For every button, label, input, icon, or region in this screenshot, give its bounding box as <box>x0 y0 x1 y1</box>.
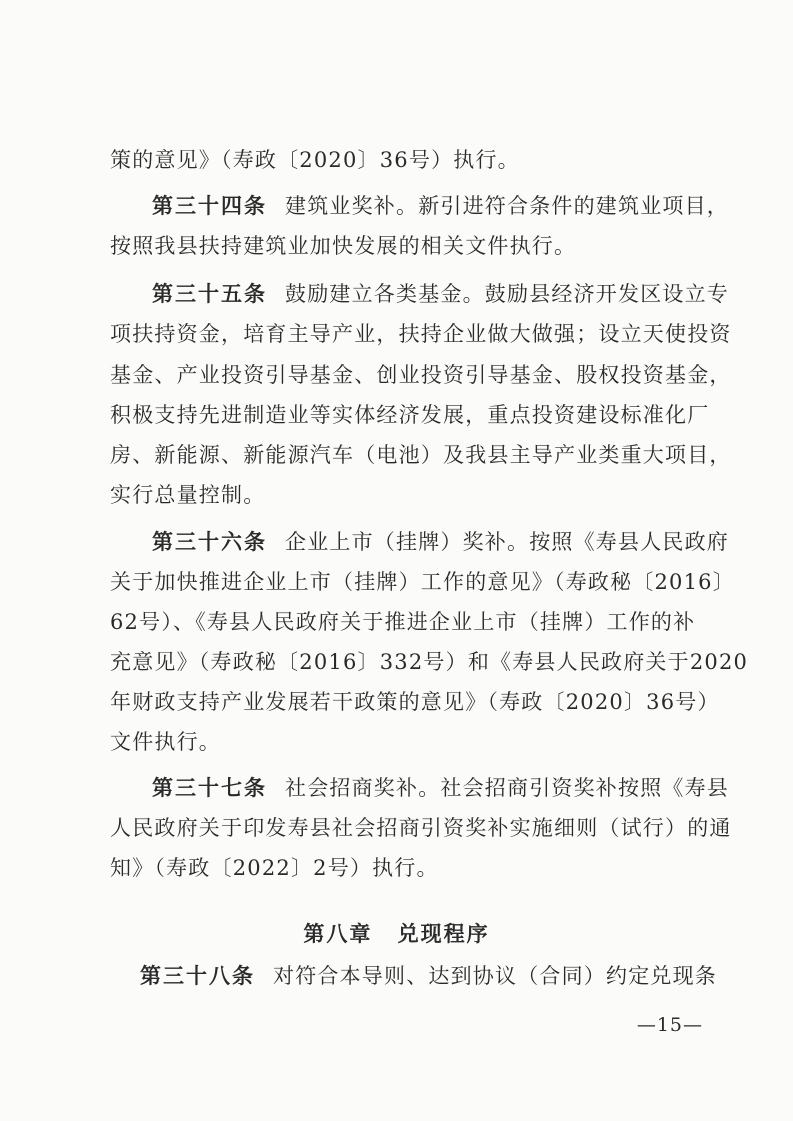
article-text: 对符合本导则、达到协议（合同）约定兑现条 <box>273 964 717 988</box>
article-text: 企业上市（挂牌）奖补。按照《寿县人民政府 <box>285 530 729 554</box>
article-36-line-4: 充意见》（寿政秘〔2016〕332号）和《寿县人民政府关于2020 <box>110 648 690 676</box>
article-36-line-5: 年财政支持产业发展若干政策的意见》（寿政〔2020〕36号） <box>110 688 690 716</box>
article-36-line-6: 文件执行。 <box>110 728 690 756</box>
article-label: 第三十四条 <box>152 194 267 218</box>
chapter-heading: 第八章 兑现程序 <box>0 920 793 948</box>
article-text: 社会招商奖补。社会招商引资奖补按照《寿县 <box>285 776 729 800</box>
article-35-line-4: 积极支持先进制造业等实体经济发展，重点投资建设标准化厂 <box>110 401 690 429</box>
article-text: 建筑业奖补。新引进符合条件的建筑业项目， <box>285 194 729 218</box>
article-36-line-2: 关于加快推进企业上市（挂牌）工作的意见》（寿政秘〔2016〕 <box>110 568 690 596</box>
page-number: —15— <box>637 1013 703 1037</box>
article-label: 第三十七条 <box>152 776 267 800</box>
article-34-line-2: 按照我县扶持建筑业加快发展的相关文件执行。 <box>110 232 690 260</box>
article-text: 鼓励建立各类基金。鼓励县经济开发区设立专 <box>285 282 729 306</box>
article-label: 第三十八条 <box>140 964 255 988</box>
document-page: 策的意见》（寿政〔2020〕36号）执行。 第三十四条建筑业奖补。新引进符合条件… <box>0 0 793 1121</box>
article-37-line-3: 知》（寿政〔2022〕2号）执行。 <box>110 854 690 882</box>
article-37-line-2: 人民政府关于印发寿县社会招商引资奖补实施细则（试行）的通 <box>110 814 690 842</box>
article-36-line-1: 第三十六条企业上市（挂牌）奖补。按照《寿县人民政府 <box>152 528 690 556</box>
article-36-line-3: 62号）、《寿县人民政府关于推进企业上市（挂牌）工作的补 <box>110 608 690 636</box>
paragraph-line: 策的意见》（寿政〔2020〕36号）执行。 <box>110 146 690 174</box>
article-label: 第三十六条 <box>152 530 267 554</box>
article-35-line-5: 房、新能源、新能源汽车（电池）及我县主导产业类重大项目， <box>110 441 690 469</box>
article-37-line-1: 第三十七条社会招商奖补。社会招商引资奖补按照《寿县 <box>152 774 690 802</box>
article-35-line-2: 项扶持资金，培育主导产业，扶持企业做大做强；设立天使投资 <box>110 320 690 348</box>
article-38-line-1: 第三十八条对符合本导则、达到协议（合同）约定兑现条 <box>140 962 695 990</box>
article-35-line-1: 第三十五条鼓励建立各类基金。鼓励县经济开发区设立专 <box>152 280 690 308</box>
article-35-line-3: 基金、产业投资引导基金、创业投资引导基金、股权投资基金， <box>110 361 690 389</box>
article-35-line-6: 实行总量控制。 <box>110 481 690 509</box>
article-34-line-1: 第三十四条建筑业奖补。新引进符合条件的建筑业项目， <box>152 192 690 220</box>
article-label: 第三十五条 <box>152 282 267 306</box>
